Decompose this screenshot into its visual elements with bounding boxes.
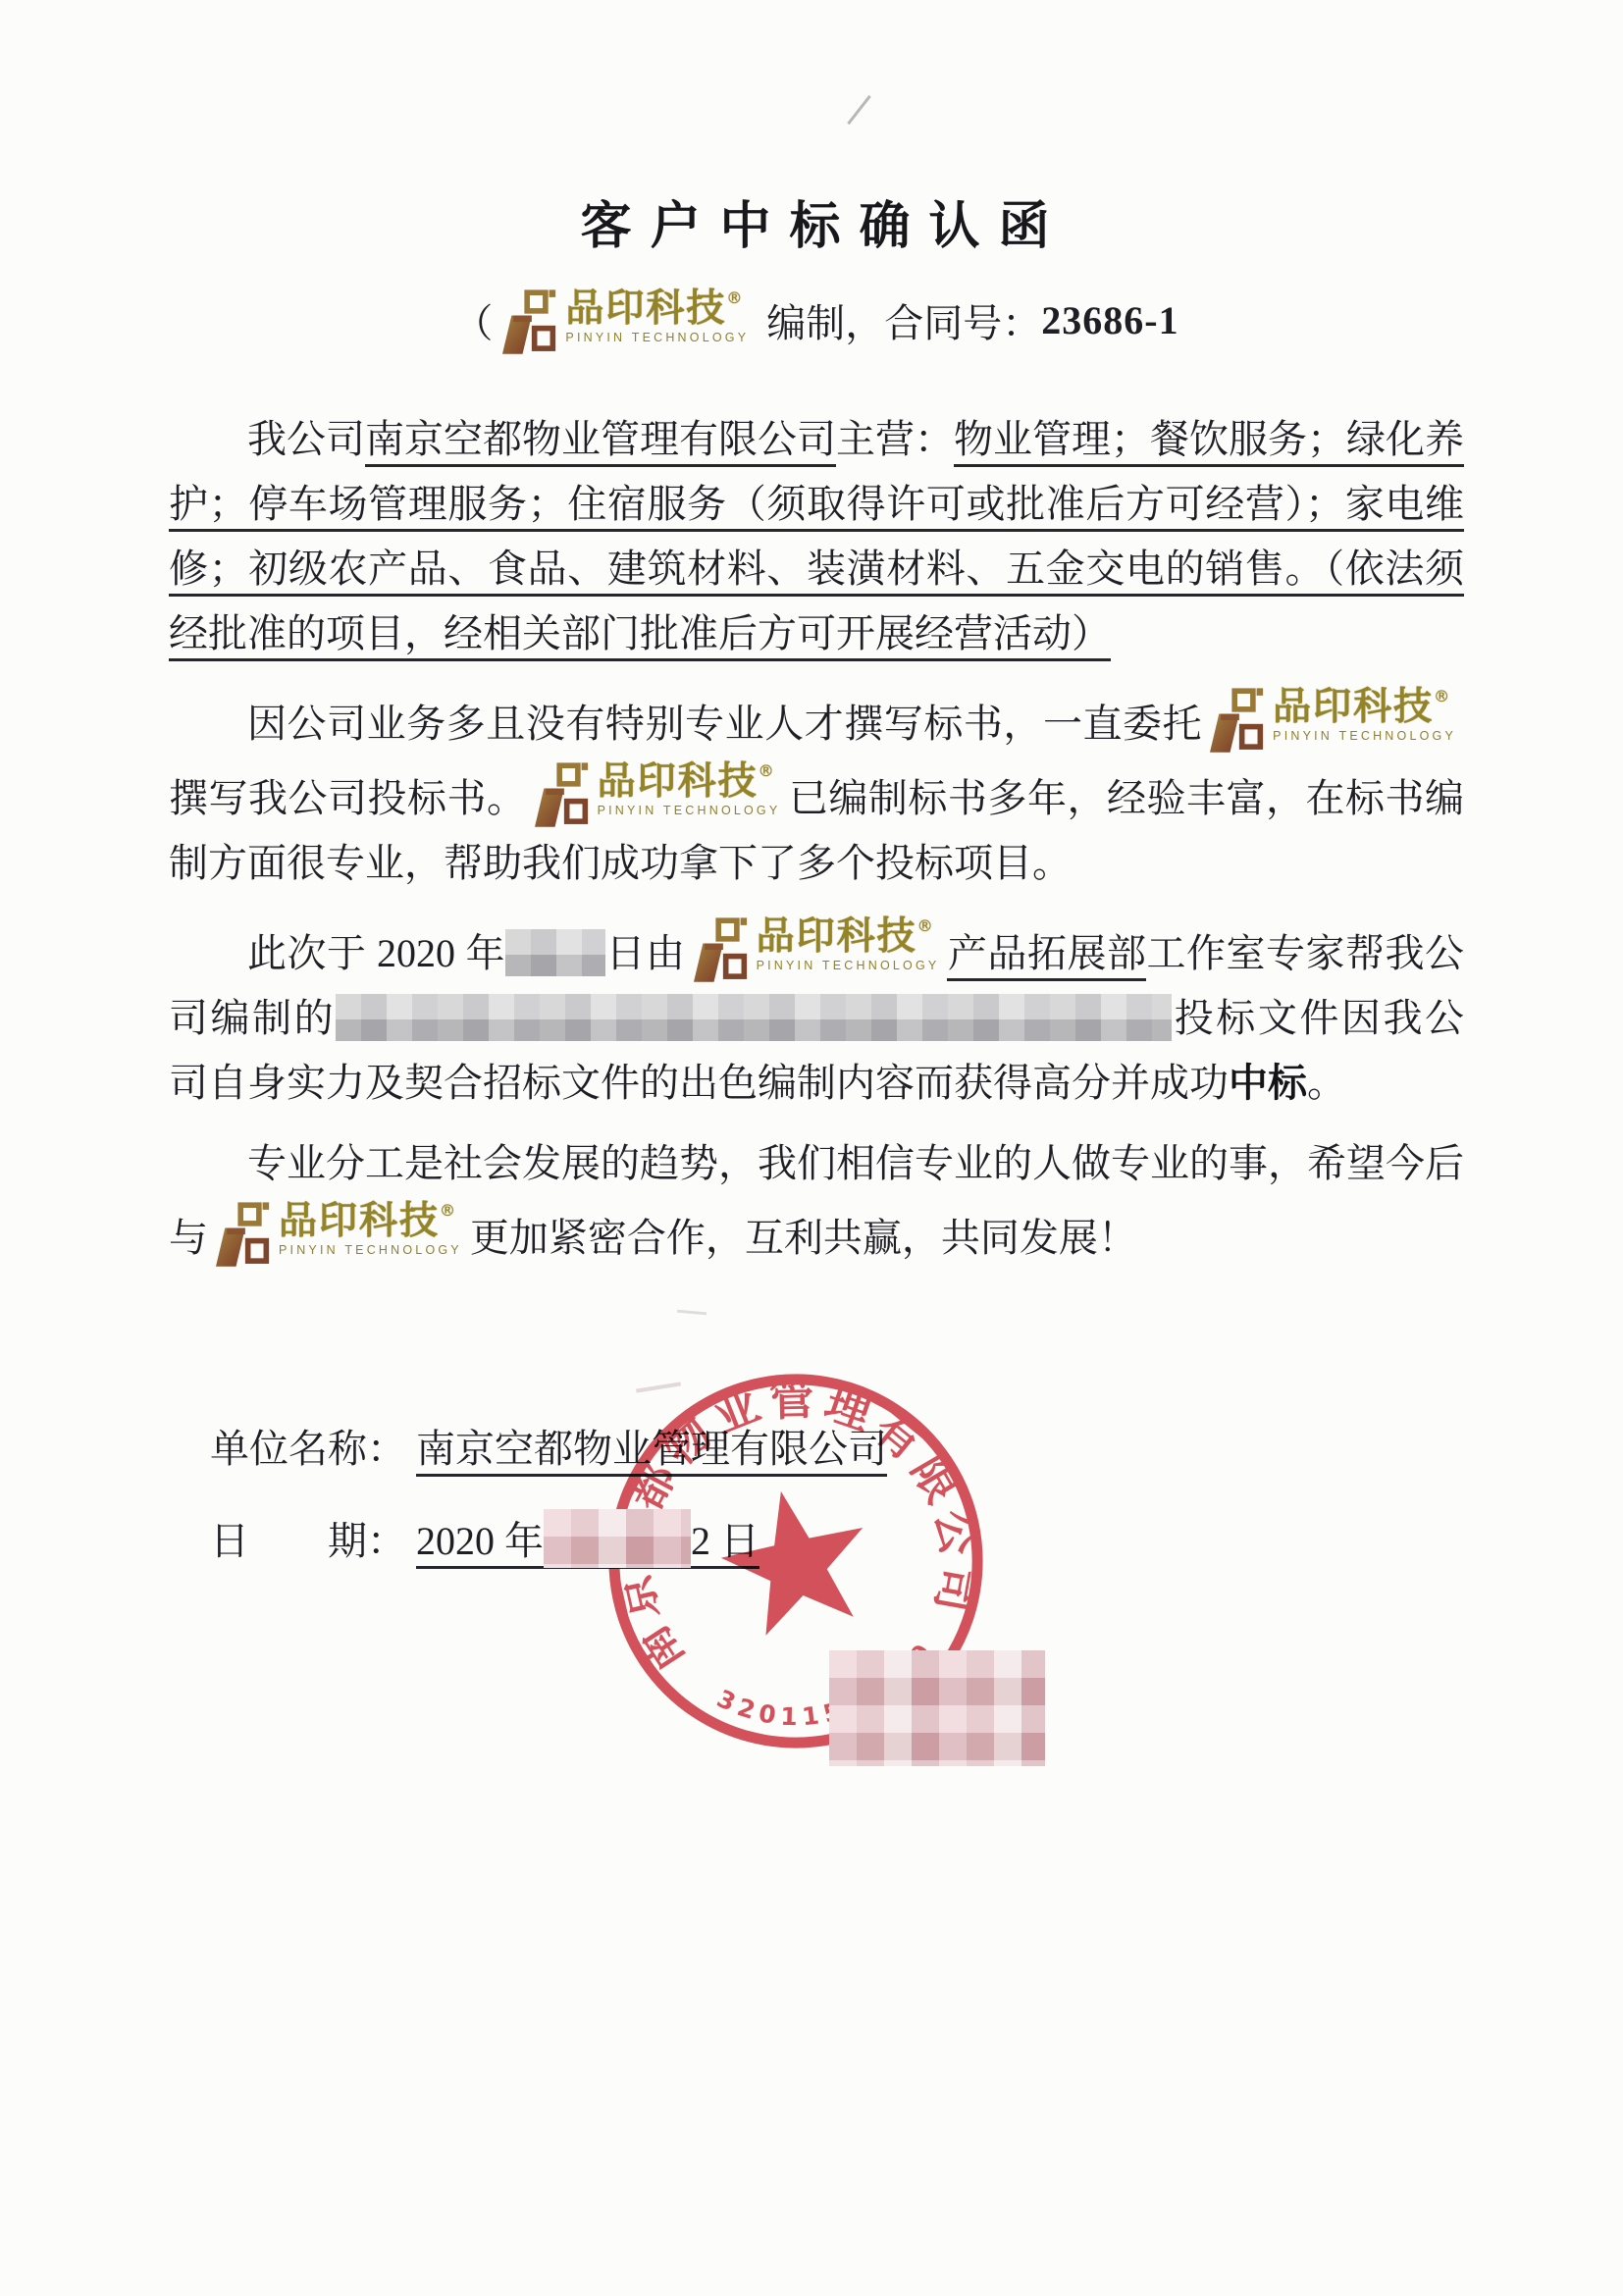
pinyin-logo-text: 品印科技®PINYIN TECHNOLOGY bbox=[757, 917, 940, 972]
pinyin-logo-subtitle: PINYIN TECHNOLOGY bbox=[279, 1244, 462, 1257]
pinyin-logo-name: 品印科技 bbox=[757, 914, 917, 959]
redacted-stamp-area bbox=[829, 1650, 1045, 1766]
p3-text-1: 此次于 2020 年 bbox=[247, 931, 505, 975]
document-title: 客 户 中 标 确 认 函 bbox=[169, 184, 1464, 258]
pinyin-logo-name: 品印科技 bbox=[279, 1199, 440, 1243]
pinyin-logo-name: 品印科技 bbox=[1273, 685, 1434, 729]
win-bid-emphasis: 中标 bbox=[1229, 1061, 1307, 1105]
paragraph-cooperation: 专业分工是社会发展的趋势，我们相信专业的人做专业的事，希望今后与品印科技®PIN… bbox=[169, 1131, 1464, 1271]
p4-text-2: 更加紧密合作，互利共赢，共同发展！ bbox=[470, 1216, 1137, 1260]
pinyin-logo-subtitle: PINYIN TECHNOLOGY bbox=[1273, 730, 1456, 743]
compiled-by-label: 编制，合同号： bbox=[766, 292, 1041, 348]
pinyin-logo-subtitle: PINYIN TECHNOLOGY bbox=[757, 960, 940, 972]
stamp-star-icon bbox=[710, 1477, 881, 1642]
pinyin-logo-name: 品印科技 bbox=[598, 759, 759, 804]
pinyin-logo-icon bbox=[502, 289, 557, 356]
department-name: 产品拓展部 bbox=[947, 931, 1146, 981]
registered-mark-icon: ® bbox=[726, 288, 744, 307]
contract-number: 23686-1 bbox=[1041, 297, 1178, 343]
pinyin-logo: 品印科技®PINYIN TECHNOLOGY bbox=[216, 1196, 462, 1269]
pinyin-logo-icon bbox=[694, 917, 749, 984]
pinyin-logo-icon bbox=[535, 762, 590, 829]
pinyin-logo-text: 品印科技®PINYIN TECHNOLOGY bbox=[598, 762, 781, 817]
pinyin-logo-text: 品印科技®PINYIN TECHNOLOGY bbox=[279, 1202, 462, 1257]
date-label: 日 期： bbox=[210, 1519, 406, 1563]
registered-mark-icon: ® bbox=[917, 916, 935, 935]
pinyin-logo: 品印科技® PINYIN TECHNOLOGY bbox=[502, 284, 749, 356]
date-year: 2020 年 bbox=[416, 1519, 544, 1563]
p2-text-1: 因公司业务多且没有特别专业人才撰写标书，一直委托 bbox=[247, 702, 1202, 746]
pinyin-logo-name: 品印科技 bbox=[565, 287, 726, 331]
pinyin-logo-text: 品印科技® PINYIN TECHNOLOGY bbox=[565, 289, 749, 344]
registered-mark-icon: ® bbox=[759, 761, 776, 780]
open-paren: （ bbox=[453, 292, 493, 348]
p2-text-2: 撰写我公司投标书。 bbox=[169, 776, 527, 820]
pinyin-logo-icon bbox=[216, 1202, 271, 1269]
paragraph-business-scope: 我公司南京空都物业管理有限公司主营：物业管理；餐饮服务；绿化养护；停车场管理服务… bbox=[169, 407, 1464, 666]
redacted-sign-date bbox=[544, 1509, 691, 1568]
scan-artifact-slash bbox=[847, 95, 871, 125]
p1-prefix: 我公司 bbox=[247, 417, 365, 461]
registered-mark-icon: ® bbox=[1434, 687, 1451, 705]
pinyin-logo-text: 品印科技®PINYIN TECHNOLOGY bbox=[1273, 688, 1456, 743]
p3-text-2: 日由 bbox=[605, 931, 686, 975]
p3-period: 。 bbox=[1307, 1061, 1346, 1105]
registered-mark-icon: ® bbox=[440, 1201, 457, 1220]
redacted-project-name bbox=[336, 994, 1172, 1041]
pinyin-logo: 品印科技®PINYIN TECHNOLOGY bbox=[1210, 682, 1456, 755]
compiler-line: （ 品印科技® PINYIN TECHNOLOGY 编制，合同号： bbox=[169, 284, 1464, 356]
scanned-document-page: 客 户 中 标 确 认 函 （ 品印科技® PINYIN TECHNOLOGY bbox=[0, 0, 1623, 2296]
pinyin-logo-icon bbox=[1210, 688, 1265, 755]
paragraph-entrustment: 因公司业务多且没有特别专业人才撰写标书，一直委托品印科技®PINYIN TECH… bbox=[169, 682, 1464, 896]
pinyin-logo-subtitle: PINYIN TECHNOLOGY bbox=[565, 332, 749, 344]
company-name-label: 单位名称： bbox=[210, 1427, 406, 1471]
client-company-name: 南京空都物业管理有限公司 bbox=[365, 417, 836, 467]
pinyin-logo: 品印科技®PINYIN TECHNOLOGY bbox=[535, 757, 781, 829]
pinyin-logo-subtitle: PINYIN TECHNOLOGY bbox=[598, 805, 781, 817]
paragraph-bid-win: 此次于 2020 年日由品印科技®PINYIN TECHNOLOGY产品拓展部工… bbox=[169, 912, 1464, 1116]
p1-mid: 主营： bbox=[836, 417, 954, 461]
redacted-bid-date bbox=[505, 929, 605, 976]
pinyin-logo: 品印科技®PINYIN TECHNOLOGY bbox=[694, 912, 940, 984]
